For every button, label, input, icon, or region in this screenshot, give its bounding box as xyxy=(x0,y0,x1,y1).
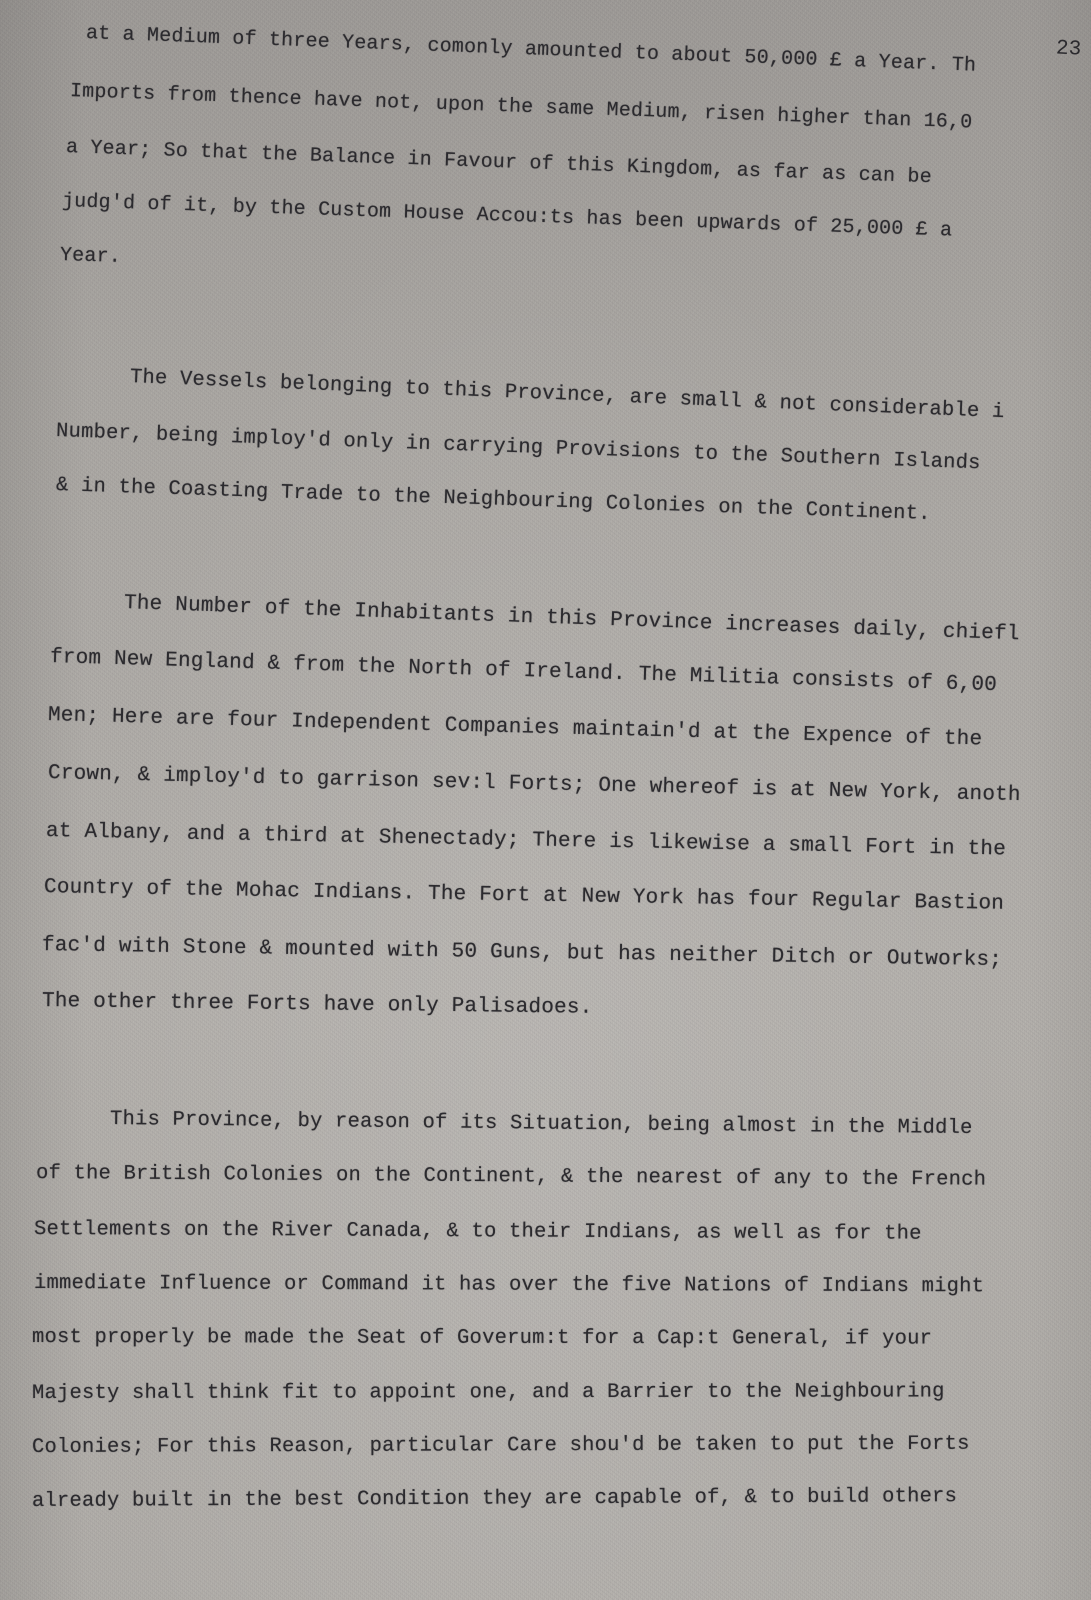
text-line: from New England & from the North of Ire… xyxy=(50,646,998,697)
text-line: Year. xyxy=(60,244,122,269)
text-line: The other three Forts have only Palisado… xyxy=(42,990,593,1020)
text-line: Majesty shall think fit to appoint one, … xyxy=(32,1380,945,1405)
text-line: judg'd of it, by the Custom House Accou:… xyxy=(62,190,953,243)
text-line: The Vessels belonging to this Province, … xyxy=(130,366,1005,424)
scanned-page: 23 at a Medium of three Years, comonly a… xyxy=(0,0,1091,1600)
text-line: Crown, & imploy'd to garrison sev:l Fort… xyxy=(48,762,1021,807)
text-line: This Province, by reason of its Situatio… xyxy=(110,1108,973,1140)
text-line: Colonies; For this Reason, particular Ca… xyxy=(32,1433,970,1459)
text-line: of the British Colonies on the Continent… xyxy=(36,1162,986,1192)
text-line: The Number of the Inhabitants in this Pr… xyxy=(124,592,1020,646)
text-line: at a Medium of three Years, comonly amou… xyxy=(86,22,977,78)
text-line: at Albany, and a third at Shenectady; Th… xyxy=(46,820,1006,861)
text-line: most properly be made the Seat of Goveru… xyxy=(32,1326,932,1351)
text-line: immediate Influence or Command it has ov… xyxy=(34,1272,984,1298)
text-line: Country of the Mohac Indians. The Fort a… xyxy=(44,876,1004,916)
text-line: & in the Coasting Trade to the Neighbour… xyxy=(56,474,931,526)
text-line: fac'd with Stone & mounted with 50 Guns,… xyxy=(42,934,1002,972)
text-line: already built in the best Condition they… xyxy=(32,1485,957,1513)
typewritten-text: at a Medium of three Years, comonly amou… xyxy=(0,0,1091,1600)
text-line: Settlements on the River Canada, & to th… xyxy=(34,1218,922,1246)
text-line: a Year; So that the Balance in Favour of… xyxy=(66,136,933,189)
text-line: Men; Here are four Independent Companies… xyxy=(48,704,983,751)
text-line: Imports from thence have not, upon the s… xyxy=(70,80,973,134)
text-line: Number, being imploy'd only in carrying … xyxy=(56,420,981,475)
